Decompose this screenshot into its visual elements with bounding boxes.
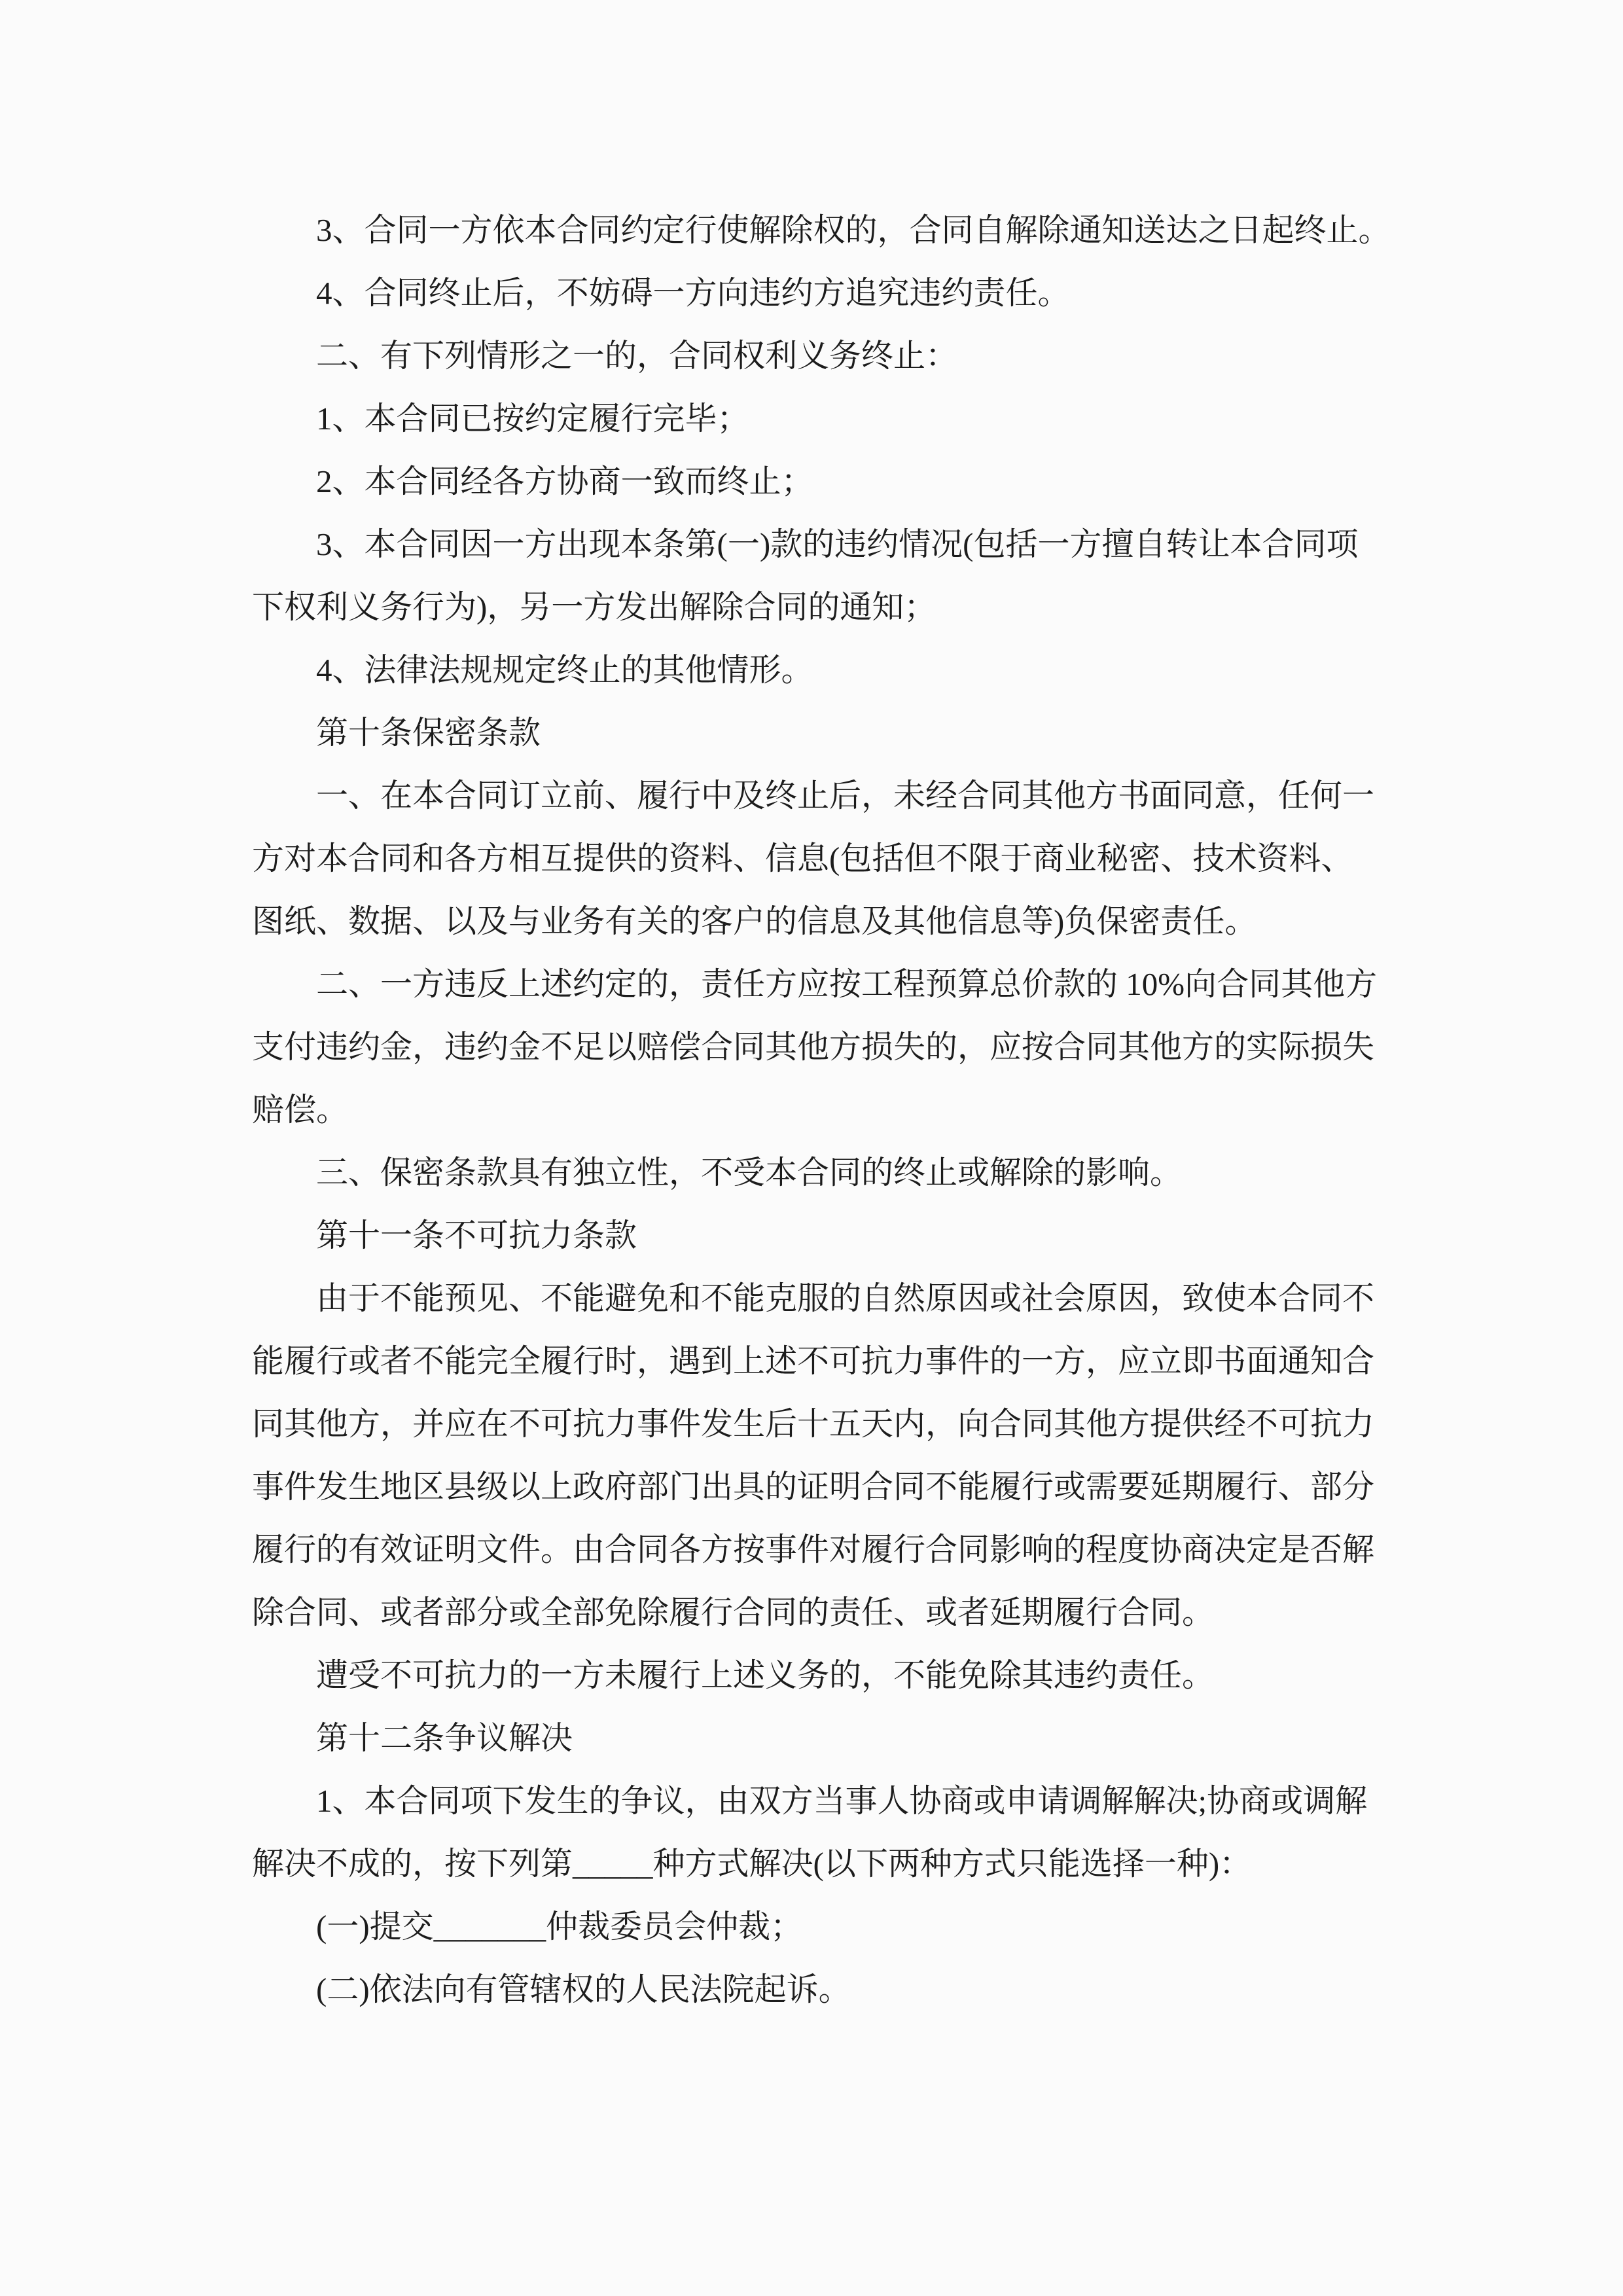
text-line: 下权利义务行为)，另一方发出解除合同的通知； (252, 576, 1381, 639)
text-line: (二)依法向有管辖权的人民法院起诉。 (252, 1958, 1381, 2021)
text-line: 解决不成的，按下列第_____种方式解决(以下两种方式只能选择一种)： (252, 1833, 1381, 1895)
text-line: 能履行或者不能完全履行时，遇到上述不可抗力事件的一方，应立即书面通知合 (252, 1330, 1381, 1393)
text-line: 事件发生地区县级以上政府部门出具的证明合同不能履行或需要延期履行、部分 (252, 1456, 1381, 1518)
contract-page: 3、合同一方依本合同约定行使解除权的，合同自解除通知送达之日起终止。4、合同终止… (0, 0, 1623, 2296)
text-line: 方对本合同和各方相互提供的资料、信息(包括但不限于商业秘密、技术资料、 (252, 827, 1381, 890)
text-line: 2、本合同经各方协商一致而终止； (252, 450, 1381, 513)
text-line: 4、法律法规规定终止的其他情形。 (252, 639, 1381, 702)
text-line: 1、本合同项下发生的争议，由双方当事人协商或申请调解解决;协商或调解 (252, 1770, 1381, 1833)
text-line: 第十二条争议解决 (252, 1707, 1381, 1770)
text-line: 1、本合同已按约定履行完毕； (252, 387, 1381, 450)
text-line: 二、一方违反上述约定的，责任方应按工程预算总价款的 10%向合同其他方 (252, 953, 1381, 1016)
text-line: 一、在本合同订立前、履行中及终止后，未经合同其他方书面同意，任何一 (252, 764, 1381, 827)
text-line: 图纸、数据、以及与业务有关的客户的信息及其他信息等)负保密责任。 (252, 890, 1381, 953)
text-line: 支付违约金，违约金不足以赔偿合同其他方损失的，应按合同其他方的实际损失 (252, 1016, 1381, 1079)
text-line: 4、合同终止后，不妨碍一方向违约方追究违约责任。 (252, 262, 1381, 325)
text-line: 3、本合同因一方出现本条第(一)款的违约情况(包括一方擅自转让本合同项 (252, 513, 1381, 576)
text-line: 同其他方，并应在不可抗力事件发生后十五天内，向合同其他方提供经不可抗力 (252, 1393, 1381, 1456)
text-line: 3、合同一方依本合同约定行使解除权的，合同自解除通知送达之日起终止。 (252, 199, 1381, 262)
text-line: 三、保密条款具有独立性，不受本合同的终止或解除的影响。 (252, 1141, 1381, 1204)
text-line: 由于不能预见、不能避免和不能克服的自然原因或社会原因，致使本合同不 (252, 1267, 1381, 1330)
text-line: 遭受不可抗力的一方未履行上述义务的，不能免除其违约责任。 (252, 1644, 1381, 1707)
text-line: 第十一条不可抗力条款 (252, 1204, 1381, 1267)
text-line: 履行的有效证明文件。由合同各方按事件对履行合同影响的程度协商决定是否解 (252, 1518, 1381, 1581)
text-line: (一)提交_______仲裁委员会仲裁； (252, 1895, 1381, 1958)
text-line: 第十条保密条款 (252, 702, 1381, 764)
document-body: 3、合同一方依本合同约定行使解除权的，合同自解除通知送达之日起终止。4、合同终止… (252, 199, 1381, 2021)
text-line: 除合同、或者部分或全部免除履行合同的责任、或者延期履行合同。 (252, 1581, 1381, 1644)
text-line: 赔偿。 (252, 1079, 1381, 1141)
text-line: 二、有下列情形之一的，合同权利义务终止： (252, 325, 1381, 387)
